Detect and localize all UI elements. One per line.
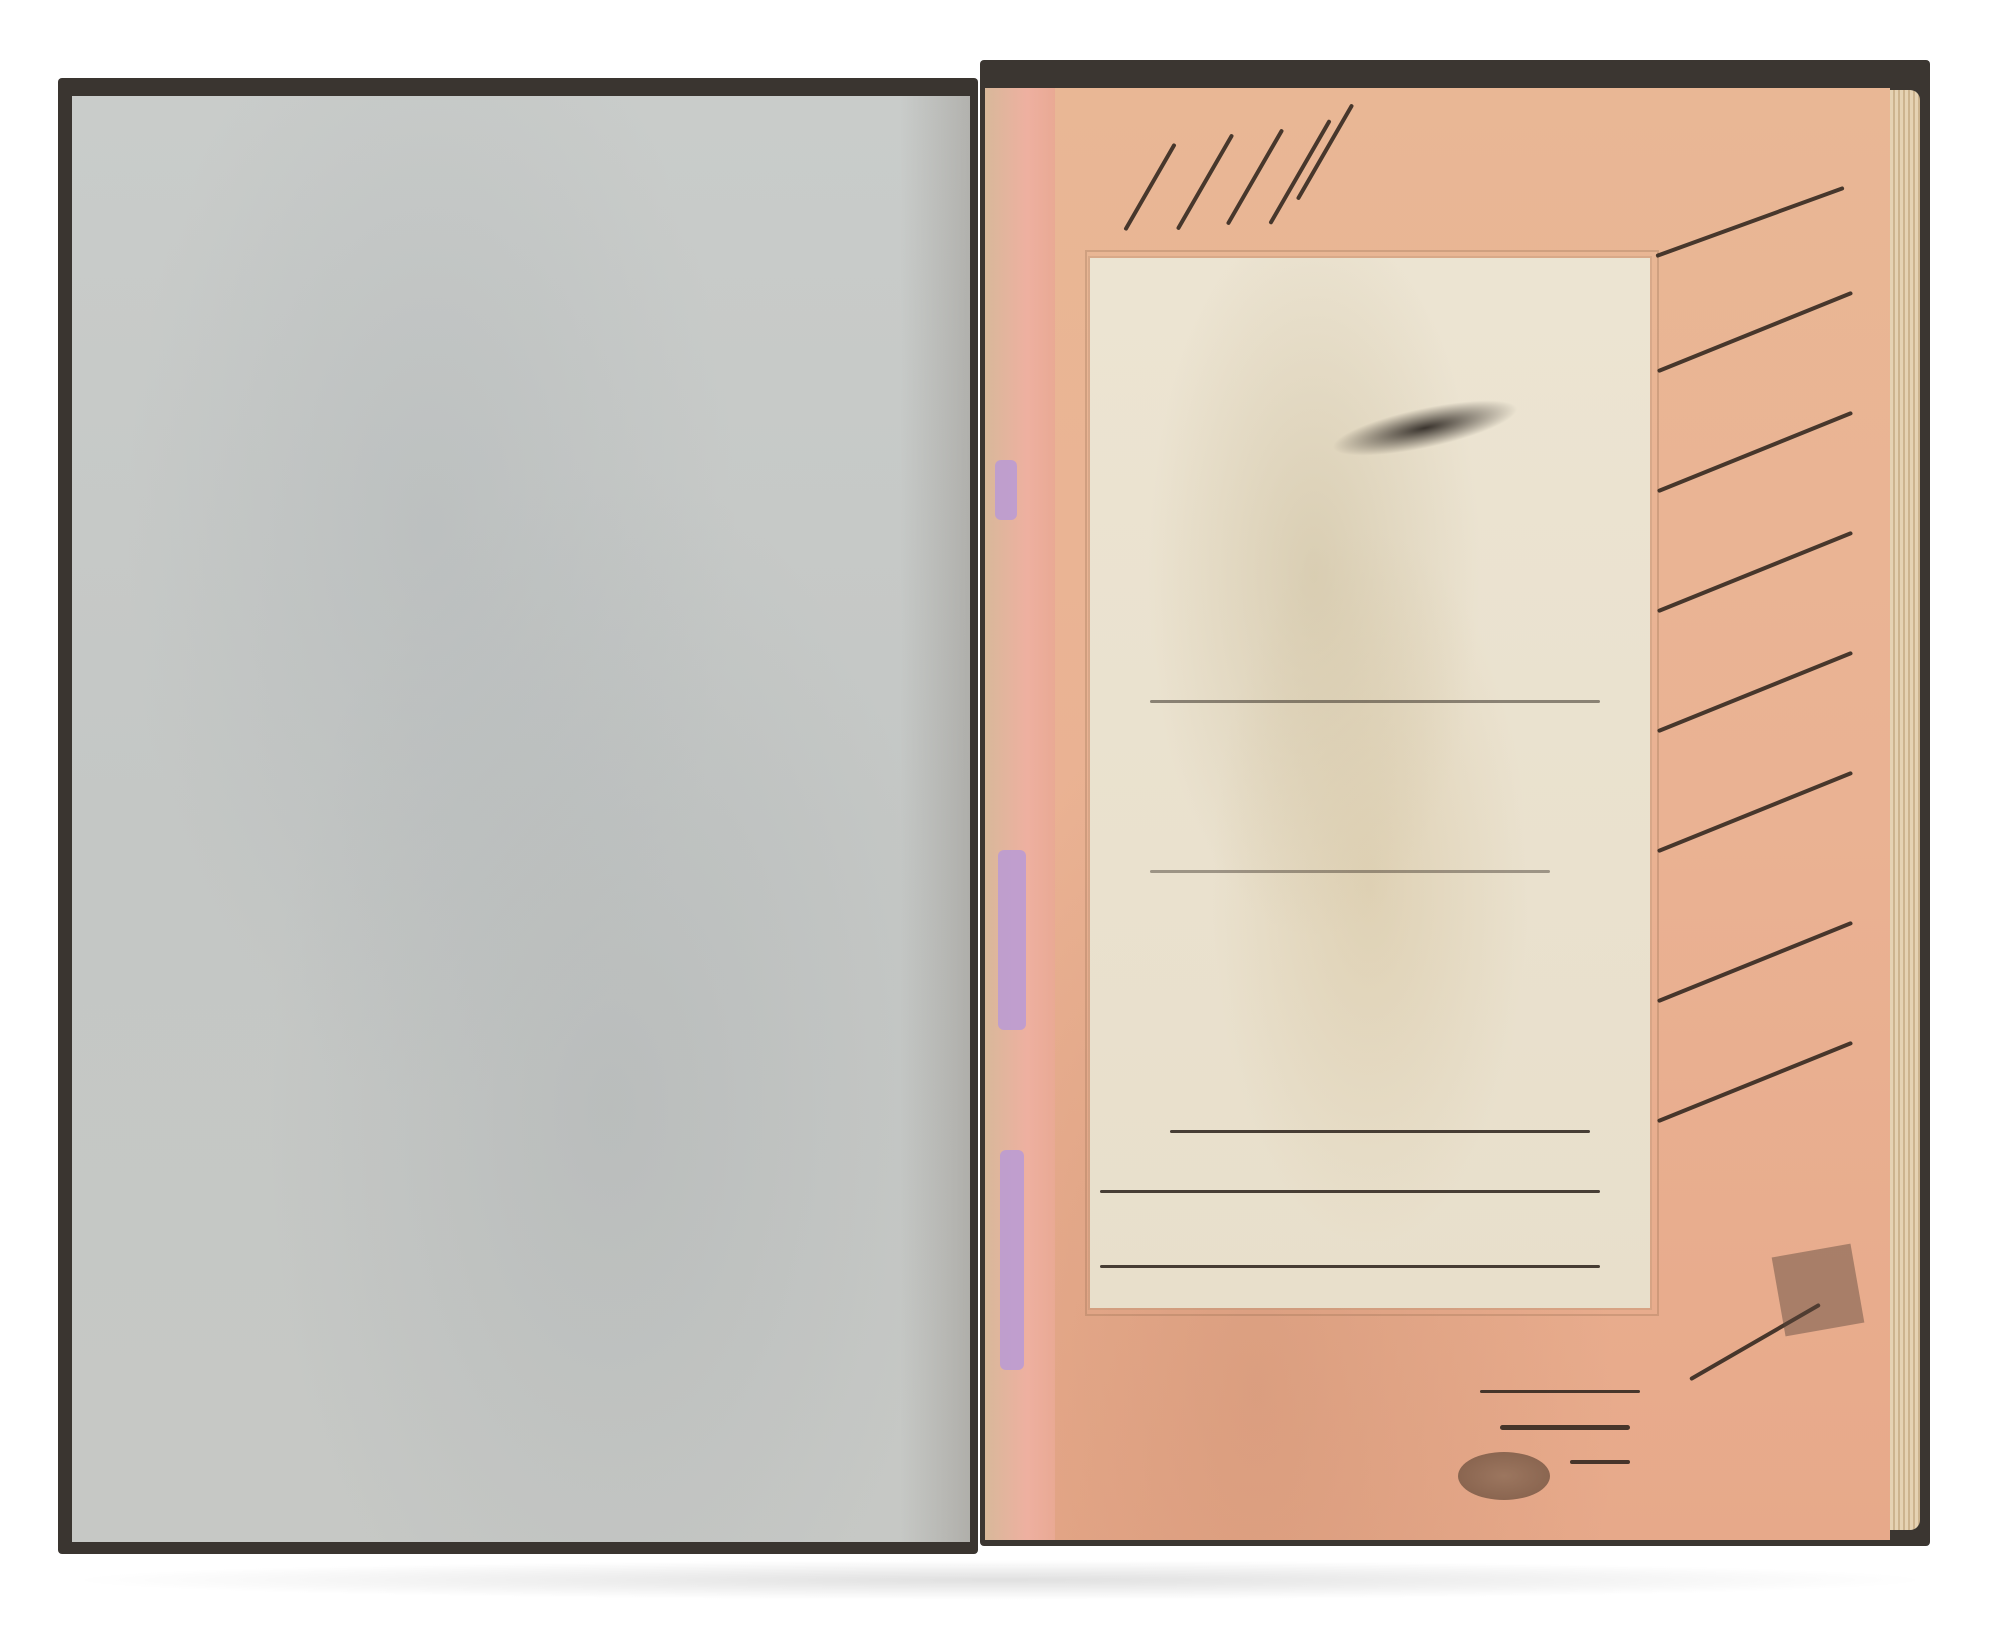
inset-panel — [1090, 258, 1650, 1308]
left-page-shadow — [900, 96, 970, 1542]
oval-seal — [1458, 1452, 1550, 1500]
square-stamp — [1772, 1244, 1865, 1337]
ownership-inscription — [1500, 1425, 1630, 1430]
inset-script — [1100, 1190, 1600, 1193]
ownership-inscription — [1570, 1460, 1630, 1464]
table-shadow — [60, 1560, 1940, 1600]
purple-patch — [995, 460, 1017, 520]
inset-script — [1100, 1265, 1600, 1268]
purple-patch — [998, 850, 1026, 1030]
ownership-inscription — [1480, 1390, 1640, 1393]
purple-patch — [1000, 1150, 1024, 1370]
left-endpaper — [72, 96, 970, 1542]
inset-script — [1170, 1130, 1590, 1133]
inset-script — [1150, 870, 1550, 873]
inset-script — [1150, 700, 1600, 703]
